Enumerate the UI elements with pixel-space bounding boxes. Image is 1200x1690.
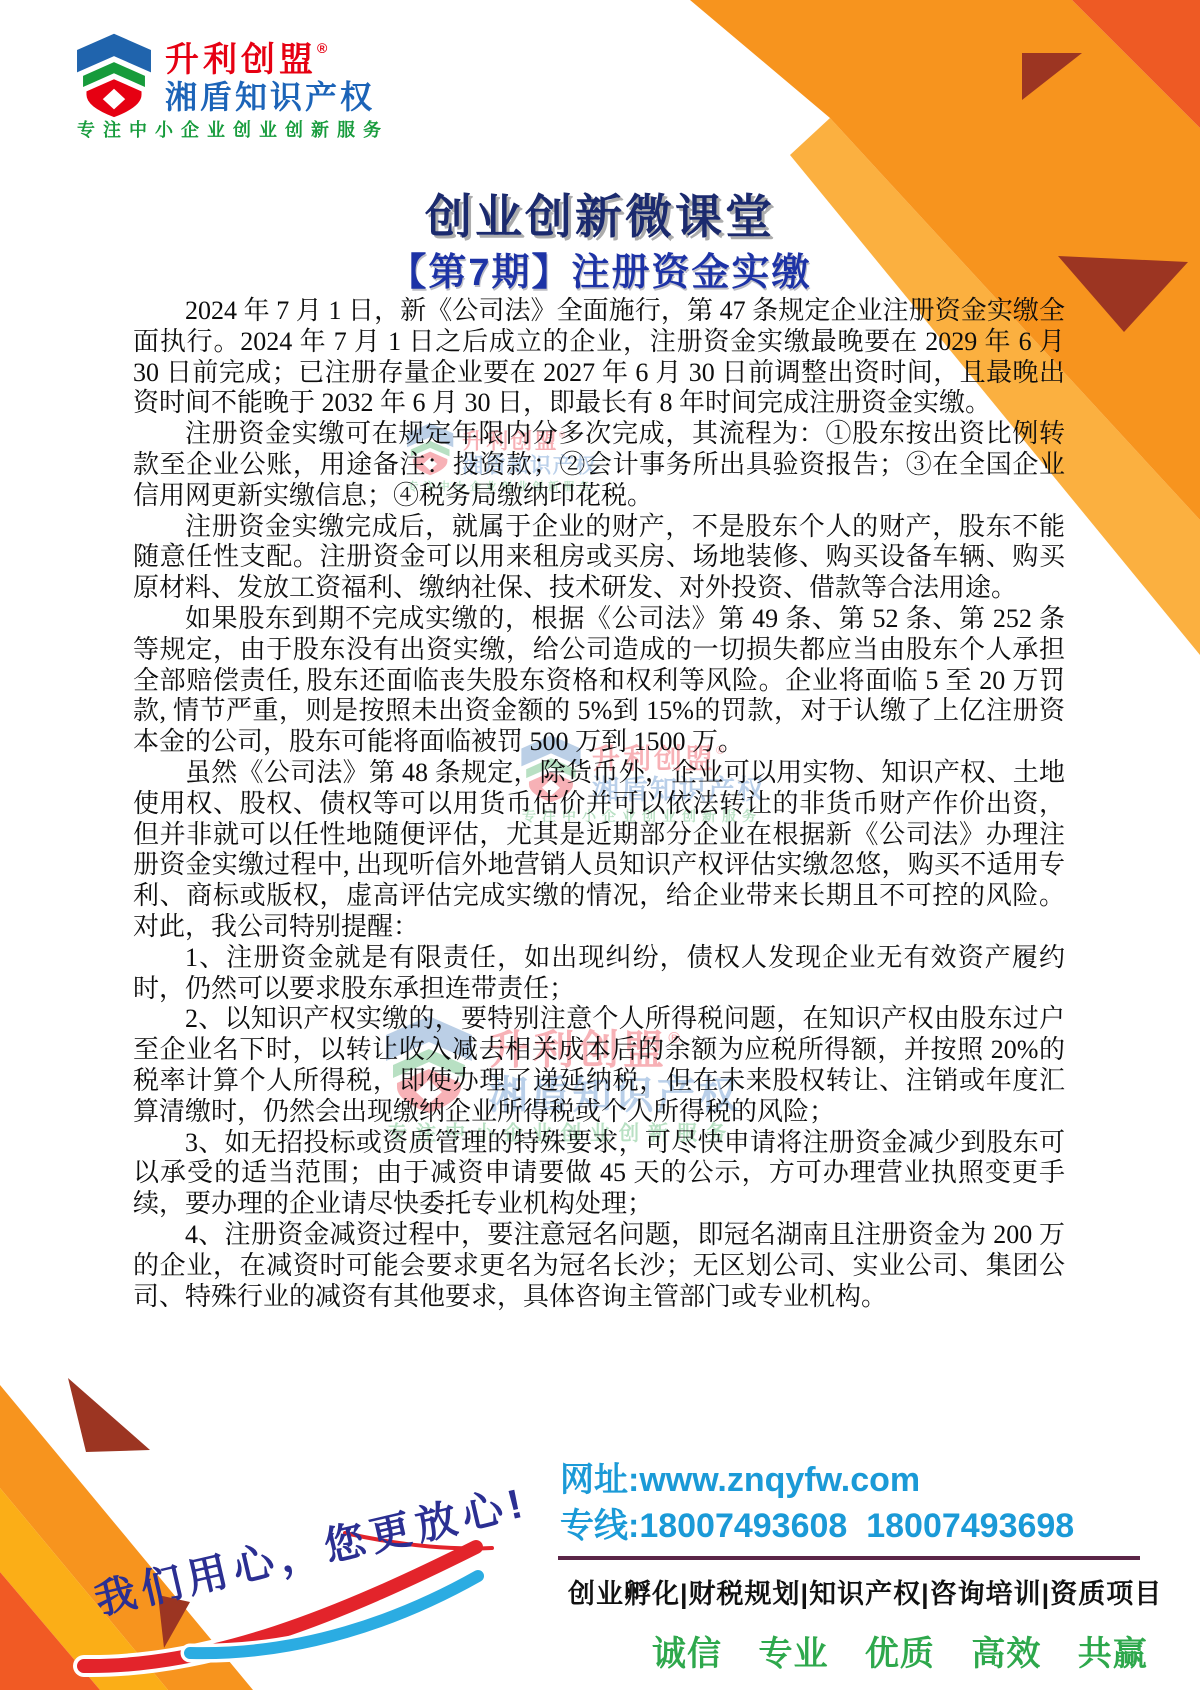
logo-tagline: 专注中小企业创业创新服务 (77, 116, 389, 142)
registered-mark: ® (317, 40, 327, 56)
page-title: 创业创新微课堂 (0, 180, 1200, 247)
list-item-4: 4、注册资金减资过程中，要注意冠名问题，即冠名湖南且注册资金为 200 万的企业… (133, 1220, 1065, 1312)
slogan: 我们用心，您更放心! (88, 1469, 533, 1626)
paragraph-2: 注册资金实缴可在规定年限内分多次完成，其流程为：①股东按出资比例转款至企业公账，… (133, 419, 1065, 511)
top-right-corner-triangle (1072, 0, 1200, 128)
article-body: 2024 年 7 月 1 日，新《公司法》全面施行，第 47 条规定企业注册资金… (133, 296, 1065, 1312)
list-item-3: 3、如无招投标或资质管理的特殊要求，可尽快申请将注册资金减少到股东可以承受的适当… (133, 1128, 1065, 1220)
footer-divider (558, 1556, 1140, 1560)
website-text: 网址:www.znqyfw.com (560, 1452, 920, 1501)
list-item-1: 1、注册资金就是有限责任，如出现纠纷，债权人发现企业无有效资产履约时，仍然可以要… (133, 943, 1065, 1005)
services-list: 创业孵化|财税规划|知识产权|咨询培训|资质项目 (568, 1572, 1162, 1611)
shield-logo-icon (75, 32, 153, 118)
top-right-brick-triangle-1 (1022, 53, 1082, 100)
bottom-left-brick-triangle-1 (68, 1378, 150, 1452)
logo-text: 升利创盟® 湘盾知识产权 (165, 30, 375, 116)
paragraph-4: 如果股东到期不完成实缴的，根据《公司法》第 49 条、第 52 条、第 252 … (133, 604, 1065, 758)
list-item-2: 2、以知识产权实缴的，要特别注意个人所得税问题，在知识产权由股东过户至企业名下时… (133, 1004, 1065, 1127)
brand-name-text: 升利创盟 (165, 41, 317, 79)
bottom-left-orange-band (0, 1385, 253, 1690)
brand-name: 升利创盟® (165, 30, 375, 78)
page-subtitle: 【第7期】注册资金实缴 (0, 241, 1200, 296)
values-slogan: 诚信 专业 优质 高效 共赢 (652, 1626, 1148, 1675)
sub-brand-name: 湘盾知识产权 (165, 78, 375, 116)
hotline-text: 专线:18007493608 18007493698 (560, 1498, 1074, 1547)
page: 升利创盟® 湘盾知识产权 专注中小企业创业创新服务 创业创新微课堂 【第7期】注… (0, 0, 1200, 1690)
paragraph-3: 注册资金实缴完成后，就属于企业的财产，不是股东个人的财产，股东不能随意任性支配。… (133, 512, 1065, 604)
paragraph-1: 2024 年 7 月 1 日，新《公司法》全面施行，第 47 条规定企业注册资金… (133, 296, 1065, 419)
paragraph-5: 虽然《公司法》第 48 条规定，除货币外，企业可以用实物、知识产权、土地使用权、… (133, 758, 1065, 943)
bottom-left-deep-band (0, 1572, 100, 1690)
